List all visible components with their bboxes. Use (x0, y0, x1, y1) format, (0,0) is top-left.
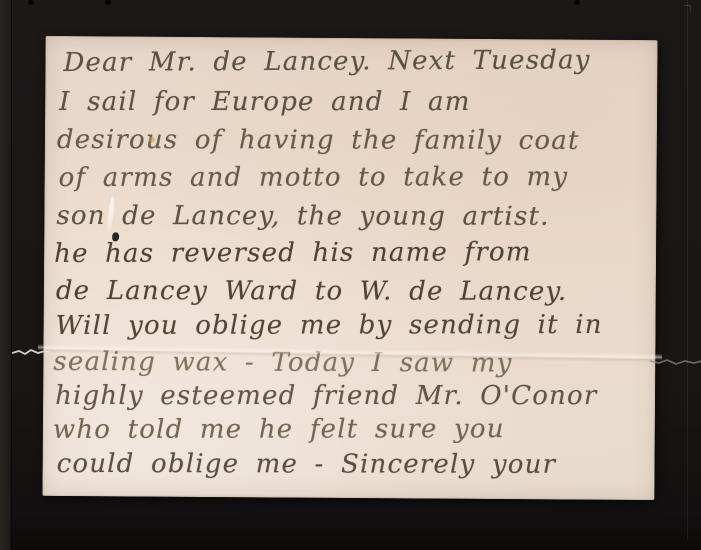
letter-paper: Dear Mr. de Lancey. Next Tuesday I sail … (42, 36, 657, 500)
mat-hole-dot (28, 0, 34, 5)
tear-right-edge (650, 355, 701, 369)
mat-hole-dot (574, 0, 580, 5)
letter-line-11: who told me he felt sure you (53, 414, 505, 445)
paper-stain-speck (149, 137, 155, 143)
letter-line-10: highly esteemed friend Mr. O'Conor (55, 381, 597, 411)
letter-line-4: of arms and motto to take to my (59, 162, 569, 193)
letter-line-3: desirous of having the family coat (57, 125, 580, 156)
letter-line-7: de Lancey Ward to W. de Lancey. (56, 276, 568, 307)
letter-line-2: I sail for Europe and I am (59, 87, 470, 117)
letter-line-1: Dear Mr. de Lancey. Next Tuesday (63, 45, 590, 78)
photo-background: Dear Mr. de Lancey. Next Tuesday I sail … (0, 0, 701, 550)
mat-right-edge-line (687, 0, 688, 540)
letter-line-8: Will you oblige me by sending it in (56, 310, 603, 341)
mat-corner-mark (684, 5, 691, 12)
letter-line-6: he has reversed his name from (54, 237, 532, 269)
letter-line-5: son de Lancey, the young artist. (56, 201, 549, 232)
letter-line-9: sealing wax - Today I saw my (53, 347, 512, 379)
mat-hole-dot (105, 0, 111, 5)
mat-left-edge-line (11, 0, 12, 550)
letter-line-12: could oblige me - Sincerely your (57, 449, 557, 480)
